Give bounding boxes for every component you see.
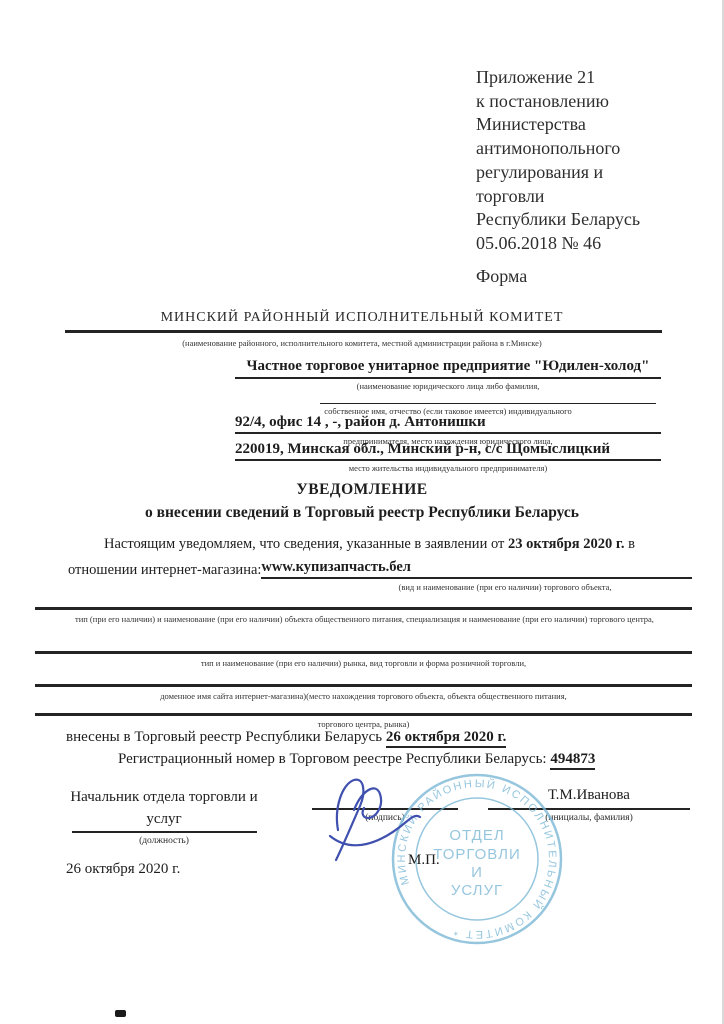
- field-caption-1: тип (при его наличии) и наименование (пр…: [35, 614, 685, 625]
- entry-text: внесены в Торговый реестр Республики Бел…: [66, 729, 386, 745]
- blank-owner-line: [320, 396, 656, 404]
- signer-position-line1: Начальник отдела торговли и: [64, 786, 264, 808]
- stamp-center-line: УСЛУГ: [451, 882, 503, 899]
- document-title: УВЕДОМЛЕНИЕ: [0, 481, 724, 499]
- field-rule-2: [35, 651, 692, 654]
- shop-label: отношении интернет-магазина:: [68, 562, 261, 579]
- field-caption-2: тип и наименование (при его наличии) рын…: [35, 658, 692, 669]
- shop-caption: (вид и наименование (при его наличии) то…: [305, 582, 705, 593]
- registration-number-line: Регистрационный номер в Торговом реестре…: [118, 751, 595, 768]
- field-rule-3: [35, 684, 692, 687]
- field-caption-3: доменное имя сайта интернет-магазина)(ме…: [35, 691, 692, 702]
- address-caption-2: место жительства индивидуального предпри…: [235, 463, 661, 474]
- document-date: 26 октября 2020 г.: [66, 861, 180, 878]
- organization-caption: (наименование юридического лица либо фам…: [235, 381, 661, 392]
- scan-artifact-dot: [115, 1010, 126, 1017]
- committee-name: МИНСКИЙ РАЙОННЫЙ ИСПОЛНИТЕЛЬНЫЙ КОМИТЕТ: [0, 310, 724, 326]
- document-subtitle: о внесении сведений в Торговый реестр Ре…: [0, 504, 724, 522]
- seal-place-label: М.П.: [408, 852, 440, 869]
- notify-text: Настоящим уведомляем, что сведения, указ…: [104, 536, 508, 552]
- appendix-line: Приложение 21: [476, 66, 718, 90]
- notify-paragraph-line1: Настоящим уведомляем, что сведения, указ…: [68, 536, 692, 553]
- document-page: Приложение 21 к постановлению Министерст…: [0, 0, 724, 1024]
- application-date: 23 октября 2020 г.: [508, 536, 625, 552]
- form-label: Форма: [476, 266, 527, 287]
- field-rule-1: [35, 607, 692, 610]
- notify-text-end: в: [624, 536, 634, 552]
- stamp-center-line: ТОРГОВЛИ: [433, 846, 521, 863]
- appendix-line: торговли: [476, 185, 718, 209]
- entry-date-line: внесены в Торговый реестр Республики Бел…: [66, 729, 506, 746]
- appendix-line: регулирования и: [476, 161, 718, 185]
- appendix-line: 05.06.2018 № 46: [476, 232, 718, 256]
- signer-position-line2: услуг: [64, 808, 264, 830]
- committee-caption: (наименование районного, исполнительного…: [0, 338, 724, 349]
- field-rule-4: [35, 713, 692, 716]
- position-rule: [72, 831, 257, 833]
- stamp-center-line: ОТДЕЛ: [449, 827, 504, 844]
- committee-rule: [65, 330, 662, 333]
- registration-label: Регистрационный номер в Торговом реестре…: [118, 751, 550, 767]
- appendix-line: к постановлению: [476, 90, 718, 114]
- appendix-line: антимонопольного: [476, 137, 718, 161]
- appendix-line: Республики Беларусь: [476, 208, 718, 232]
- position-caption: (должность): [64, 836, 264, 846]
- stamp-center-line: И: [471, 864, 483, 881]
- address-field-2: 220019, Минская обл., Минский р-н, с/с Щ…: [235, 441, 661, 461]
- notify-paragraph-line2: отношении интернет-магазина: www.купизап…: [68, 559, 692, 579]
- signer-position: Начальник отдела торговли и услуг: [64, 786, 264, 830]
- shop-url: www.купизапчасть.бел: [261, 559, 411, 575]
- entry-date: 26 октября 2020 г.: [386, 729, 507, 748]
- appendix-reference: Приложение 21 к постановлению Министерст…: [476, 66, 718, 256]
- organization-name-field: Частное торговое унитарное предприятие "…: [235, 358, 661, 379]
- address-field-1: 92/4, офис 14 , -, район д. Антонишки: [235, 414, 661, 434]
- appendix-line: Министерства: [476, 113, 718, 137]
